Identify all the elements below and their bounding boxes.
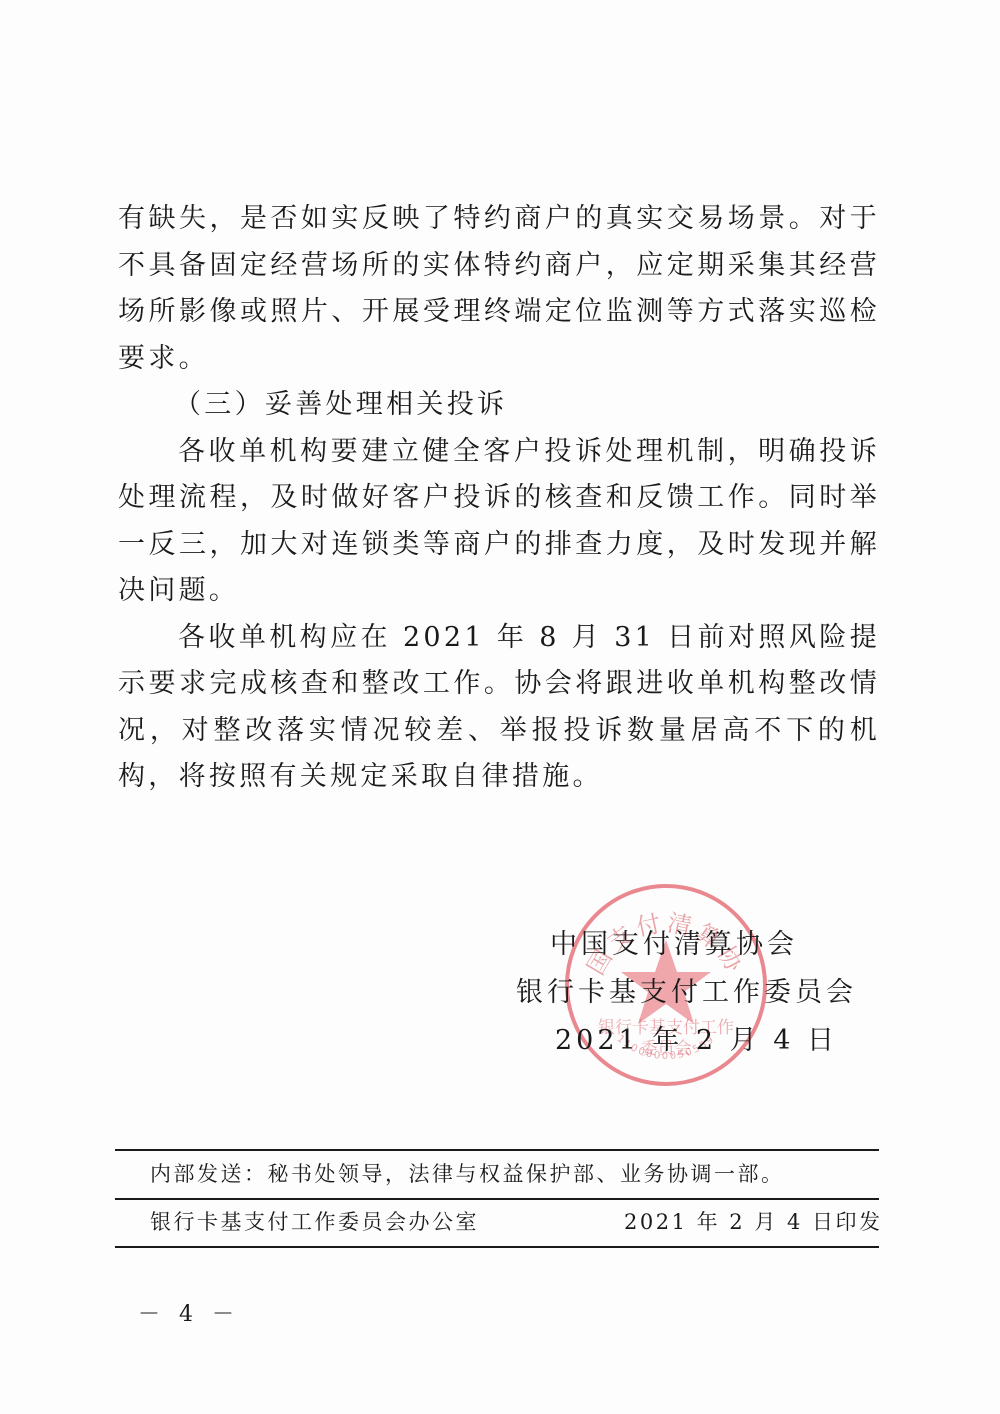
signature-organization: 中国支付清算协会 bbox=[550, 922, 798, 961]
paragraph-complaints: 各收单机构要建立健全客户投诉处理机制，明确投诉处理流程，及时做好客户投诉的核查和… bbox=[118, 429, 880, 615]
paragraph-deadline: 各收单机构应在 2021 年 8 月 31 日前对照风险提示要求完成核查和整改工… bbox=[118, 615, 880, 801]
signature-date: 2021 年 2 月 4 日 bbox=[555, 1018, 838, 1057]
page-number: － 4 － bbox=[138, 1297, 240, 1328]
document-page: 有缺失，是否如实反映了特约商户的真实交易场景。对于不具备固定经营场所的实体特约商… bbox=[0, 0, 1000, 1414]
signature-committee: 银行卡基支付工作委员会 bbox=[516, 970, 857, 1009]
internal-distribution: 内部发送：秘书处领导，法律与权益保护部、业务协调一部。 bbox=[150, 1158, 785, 1188]
paragraph-continuation: 有缺失，是否如实反映了特约商户的真实交易场景。对于不具备固定经营场所的实体特约商… bbox=[118, 196, 880, 382]
footer-rule-bottom bbox=[115, 1246, 879, 1248]
issuing-office: 银行卡基支付工作委员会办公室 bbox=[150, 1206, 479, 1236]
footer-rule-middle bbox=[115, 1198, 879, 1200]
section-heading: （三）妥善处理相关投诉 bbox=[118, 382, 880, 429]
footer-rule-top bbox=[115, 1149, 879, 1151]
document-body: 有缺失，是否如实反映了特约商户的真实交易场景。对于不具备固定经营场所的实体特约商… bbox=[118, 196, 880, 801]
issue-date: 2021 年 2 月 4 日印发 bbox=[624, 1206, 883, 1236]
